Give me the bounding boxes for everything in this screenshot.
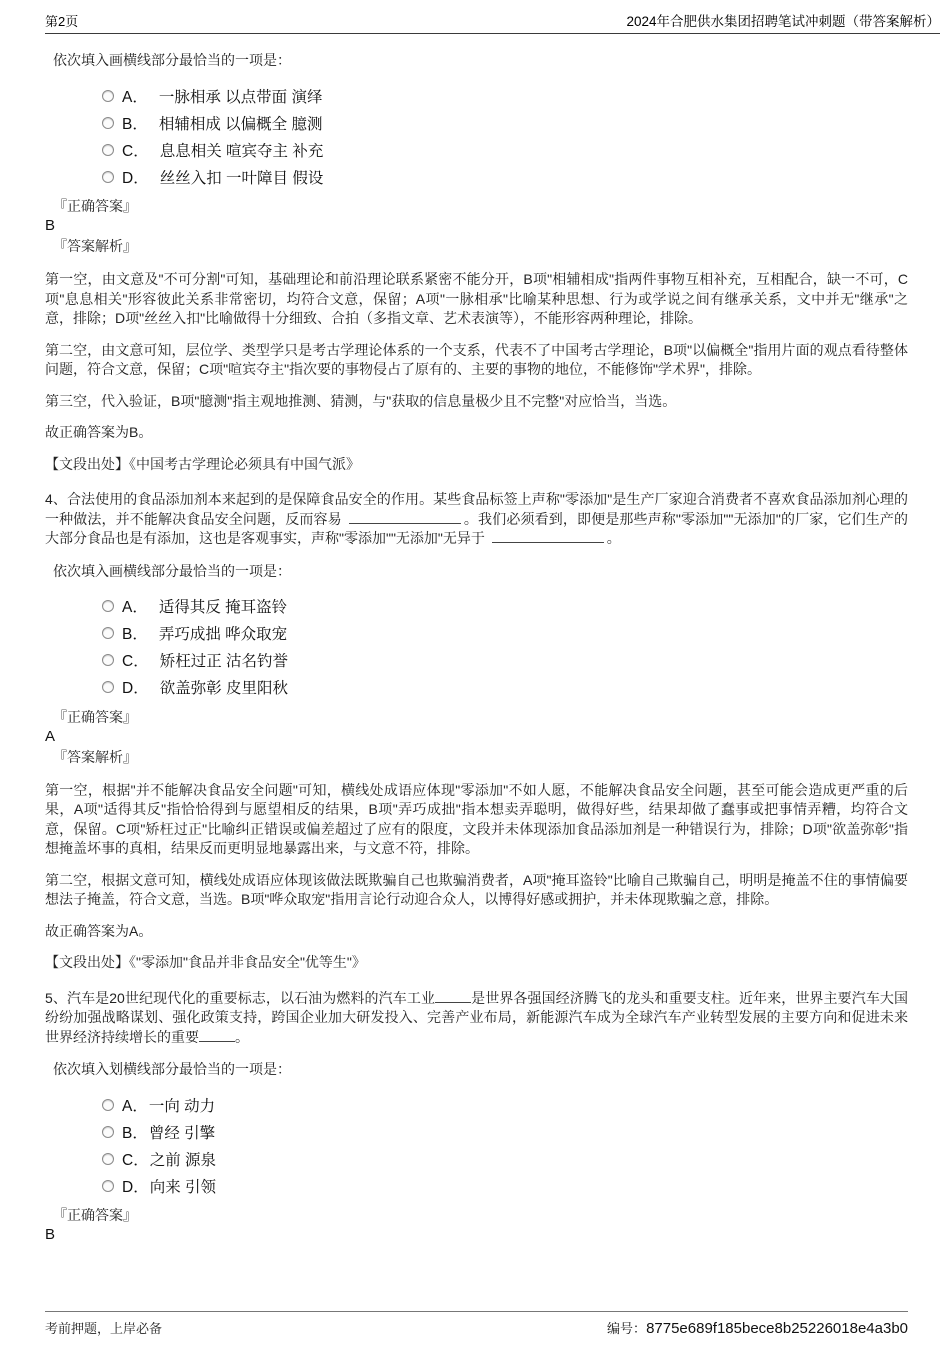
option-a[interactable]: A． 一向 动力 — [102, 1091, 908, 1118]
option-text: 息息相关 喧宾夺主 补充 — [160, 139, 324, 161]
document-header: 第2页 2024年合肥供水集团招聘笔试冲刺题（带答案解析） — [45, 0, 940, 34]
footer-id: 编号：8775e689f185bece8b25226018e4a3b0 — [607, 1318, 908, 1337]
analysis-paragraph: 第一空，由文意及"不可分割"可知，基础理论和前沿理论联系紧密不能分开，B项"相辅… — [45, 270, 908, 329]
option-text: 之前 源泉 — [150, 1148, 216, 1170]
source-line: 【文段出处】《中国考古学理论必须具有中国气派》 — [45, 455, 908, 475]
radio-button[interactable] — [102, 654, 114, 666]
answer-block-q3: 『正确答案』 B 『答案解析』 — [45, 196, 908, 256]
option-text: 适得其反 掩耳盗铃 — [159, 595, 287, 617]
analysis-paragraph: 第二空，根据文意可知，横线处成语应体现该做法既欺骗自己也欺骗消费者，A项"掩耳盗… — [45, 871, 908, 910]
option-b[interactable]: B． 弄巧成拙 哗众取宠 — [102, 620, 908, 647]
option-text: 丝丝入扣 一叶障目 假设 — [160, 166, 324, 188]
option-letter: A． — [122, 595, 148, 617]
option-text: 欲盖弥彰 皮里阳秋 — [160, 676, 288, 698]
radio-button[interactable] — [102, 90, 114, 102]
question-stem-q4: 4、合法使用的食品添加剂本来起到的是保障食品安全的作用。某些食品标签上声称"零添… — [45, 490, 908, 549]
correct-answer-value: B — [45, 1225, 908, 1245]
radio-button[interactable] — [102, 681, 114, 693]
option-letter: B． — [122, 112, 148, 134]
stem-text: 。 — [607, 530, 621, 546]
answer-block-q5: 『正确答案』 B — [45, 1205, 908, 1245]
option-letter: C． — [122, 649, 149, 671]
option-d[interactable]: D． 欲盖弥彰 皮里阳秋 — [102, 674, 908, 701]
correct-answer-label: 『正确答案』 — [53, 707, 908, 727]
source-title: 《中国考古学理论必须具有中国气派》 — [129, 456, 360, 472]
radio-button[interactable] — [102, 1099, 114, 1111]
option-a[interactable]: A． 一脉相承 以点带面 演绎 — [102, 82, 908, 109]
options-group-q3: A． 一脉相承 以点带面 演绎 B． 相辅相成 以偏概全 臆测 C． 息息相关 … — [102, 82, 908, 190]
correct-answer-value: A — [45, 727, 908, 747]
analysis-label: 『答案解析』 — [53, 747, 908, 767]
stem-text: 。 — [235, 1029, 249, 1045]
source-line: 【文段出处】《"零添加"食品并非食品安全"优等生"》 — [45, 953, 908, 973]
options-group-q5: A． 一向 动力 B． 曾经 引擎 C． 之前 源泉 D． 向来 引领 — [102, 1091, 908, 1199]
option-text: 一向 动力 — [149, 1094, 215, 1116]
radio-button[interactable] — [102, 1126, 114, 1138]
blank-line — [435, 990, 471, 1003]
radio-button[interactable] — [102, 117, 114, 129]
question-prompt: 依次填入划横线部分最恰当的一项是： — [53, 1059, 908, 1079]
option-c[interactable]: C． 矫枉过正 沽名钓誉 — [102, 647, 908, 674]
answer-block-q4: 『正确答案』 A 『答案解析』 — [45, 707, 908, 767]
radio-button[interactable] — [102, 144, 114, 156]
option-letter: C． — [122, 1148, 149, 1170]
option-letter: D． — [122, 166, 149, 188]
question-prompt: 依次填入画横线部分最恰当的一项是： — [53, 50, 908, 70]
option-text: 矫枉过正 沽名钓誉 — [160, 649, 288, 671]
page-number: 第2页 — [45, 11, 78, 30]
radio-button[interactable] — [102, 627, 114, 639]
document-body: 依次填入画横线部分最恰当的一项是： A． 一脉相承 以点带面 演绎 B． 相辅相… — [0, 34, 950, 1245]
options-group-q4: A． 适得其反 掩耳盗铃 B． 弄巧成拙 哗众取宠 C． 矫枉过正 沽名钓誉 D… — [102, 593, 908, 701]
blank-line — [492, 530, 604, 543]
analysis-label: 『答案解析』 — [53, 236, 908, 256]
option-c[interactable]: C． 之前 源泉 — [102, 1145, 908, 1172]
option-c[interactable]: C． 息息相关 喧宾夺主 补充 — [102, 136, 908, 163]
radio-button[interactable] — [102, 1153, 114, 1165]
analysis-conclusion: 故正确答案为A。 — [45, 922, 908, 942]
blank-line — [199, 1029, 235, 1042]
analysis-conclusion: 故正确答案为B。 — [45, 423, 908, 443]
option-letter: D． — [122, 676, 149, 698]
option-letter: B． — [122, 1121, 148, 1143]
option-letter: A． — [122, 1094, 148, 1116]
radio-button[interactable] — [102, 171, 114, 183]
blank-line — [349, 511, 461, 524]
radio-button[interactable] — [102, 1180, 114, 1192]
document-footer: 考前押题，上岸必备 编号：8775e689f185bece8b25226018e… — [45, 1311, 908, 1337]
footer-id-value: 8775e689f185bece8b25226018e4a3b0 — [646, 1320, 908, 1337]
option-a[interactable]: A． 适得其反 掩耳盗铃 — [102, 593, 908, 620]
option-text: 曾经 引擎 — [149, 1121, 215, 1143]
document-title: 2024年合肥供水集团招聘笔试冲刺题（带答案解析） — [626, 10, 940, 30]
analysis-paragraph: 第二空，由文意可知，层位学、类型学只是考古学理论体系的一个支系，代表不了中国考古… — [45, 341, 908, 380]
option-text: 一脉相承 以点带面 演绎 — [159, 85, 323, 107]
option-text: 向来 引领 — [150, 1175, 216, 1197]
option-text: 相辅相成 以偏概全 臆测 — [159, 112, 323, 134]
analysis-paragraph: 第三空，代入验证，B项"臆测"指主观地推测、猜测，与"获取的信息量极少且不完整"… — [45, 392, 908, 412]
source-label: 【文段出处】 — [45, 456, 129, 472]
option-b[interactable]: B． 相辅相成 以偏概全 臆测 — [102, 109, 908, 136]
correct-answer-label: 『正确答案』 — [53, 1205, 908, 1225]
option-text: 弄巧成拙 哗众取宠 — [159, 622, 287, 644]
option-letter: B． — [122, 622, 148, 644]
analysis-paragraph: 第一空，根据"并不能解决食品安全问题"可知，横线处成语应体现"零添加"不如人愿，… — [45, 781, 908, 859]
source-title: 《"零添加"食品并非食品安全"优等生"》 — [129, 954, 366, 970]
radio-button[interactable] — [102, 600, 114, 612]
question-stem-q5: 5、汽车是20世纪现代化的重要标志，以石油为燃料的汽车工业是世界各强国经济腾飞的… — [45, 989, 908, 1048]
stem-text: 5、汽车是20世纪现代化的重要标志，以石油为燃料的汽车工业 — [45, 990, 435, 1006]
correct-answer-value: B — [45, 216, 908, 236]
option-letter: A． — [122, 85, 148, 107]
option-letter: D． — [122, 1175, 149, 1197]
correct-answer-label: 『正确答案』 — [53, 196, 908, 216]
source-label: 【文段出处】 — [45, 954, 129, 970]
option-d[interactable]: D． 丝丝入扣 一叶障目 假设 — [102, 163, 908, 190]
footer-slogan: 考前押题，上岸必备 — [45, 1318, 162, 1337]
option-b[interactable]: B． 曾经 引擎 — [102, 1118, 908, 1145]
question-prompt: 依次填入画横线部分最恰当的一项是： — [53, 561, 908, 581]
footer-id-label: 编号： — [607, 1321, 646, 1336]
option-d[interactable]: D． 向来 引领 — [102, 1172, 908, 1199]
option-letter: C． — [122, 139, 149, 161]
